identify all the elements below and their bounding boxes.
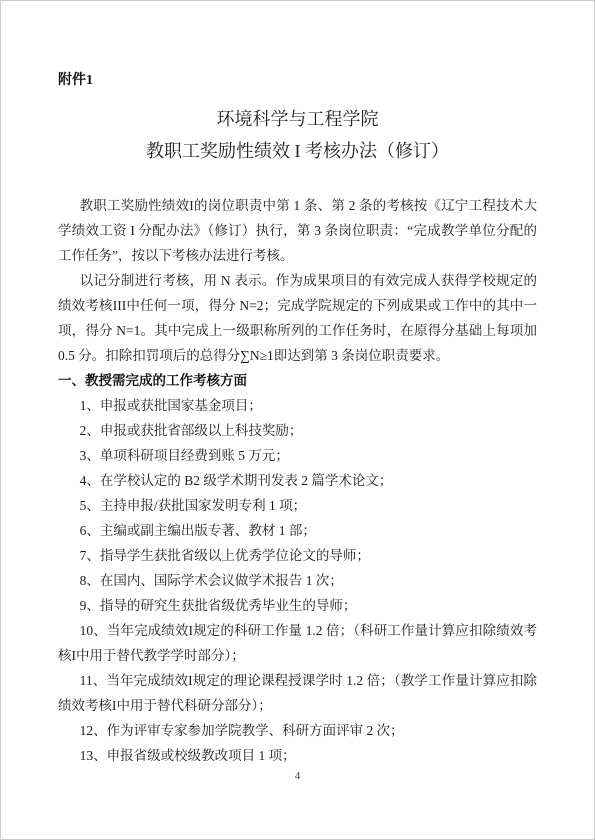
intro-paragraph-2: 以记分制进行考核，用 N 表示。作为成果项目的有效完成人获得学校规定的绩效考核I…	[58, 268, 537, 368]
intro-paragraph-1: 教职工奖励性绩效I的岗位职责中第 1 条、第 2 条的考核按《辽宁工程技术大学绩…	[58, 193, 537, 268]
list-item-9: 9、指导的研究生获批省级优秀毕业生的导师；	[58, 593, 537, 618]
attachment-label: 附件1	[58, 71, 537, 91]
list-item-4: 4、在学校认定的 B2 级学术期刊发表 2 篇学术论文；	[58, 468, 537, 493]
list-item-8: 8、在国内、国际学术会议做学术报告 1 次；	[58, 568, 537, 593]
list-item-2: 2、申报或获批省部级以上科技奖励；	[58, 418, 537, 443]
list-item-5: 5、主持申报/获批国家发明专利 1 项；	[58, 493, 537, 518]
list-item-13: 13、申报省级或校级教改项目 1 项；	[58, 743, 537, 768]
list-item-10: 10、当年完成绩效I规定的科研工作量 1.2 倍；（科研工作量计算应扣除绩效考核…	[58, 618, 537, 668]
doc-title-line1: 环境科学与工程学院	[58, 103, 537, 135]
document-page: 附件1 环境科学与工程学院 教职工奖励性绩效 I 考核办法（修订） 教职工奖励性…	[0, 0, 595, 840]
list-item-3: 3、单项科研项目经费到账 5 万元；	[58, 443, 537, 468]
section-heading-professor-requirements: 一、教授需完成的工作考核方面	[58, 368, 537, 393]
page-number: 4	[1, 769, 594, 783]
list-item-11: 11、当年完成绩效I规定的理论课程授课学时 1.2 倍；（教学工作量计算应扣除绩…	[58, 668, 537, 718]
list-item-1: 1、申报或获批国家基金项目；	[58, 393, 537, 418]
document-body: 教职工奖励性绩效I的岗位职责中第 1 条、第 2 条的考核按《辽宁工程技术大学绩…	[58, 193, 537, 768]
list-item-6: 6、主编或副主编出版专著、教材 1 部；	[58, 518, 537, 543]
doc-title-line2: 教职工奖励性绩效 I 考核办法（修订）	[58, 135, 537, 167]
list-item-7: 7、指导学生获批省级以上优秀学位论文的导师；	[58, 543, 537, 568]
list-item-12: 12、作为评审专家参加学院教学、科研方面评审 2 次；	[58, 718, 537, 743]
